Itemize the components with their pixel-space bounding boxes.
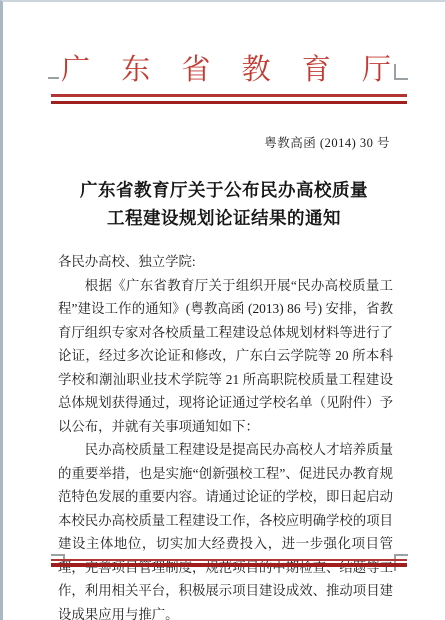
letterhead-agency-name: 广东省教育厅 [61,52,391,88]
document-number: 粤教高函 (2014) 30 号 [264,135,390,151]
body-paragraph-2: 民办高校质量工程建设是提高民办高校人才培养质量的重要举措，也是实施“创新强校工程… [58,438,393,620]
text-boundary-mark-header-right [394,64,408,80]
header-rule-top [51,94,407,97]
document-page: 广东省教育厅 粤教高函 (2014) 30 号 广东省教育厅关于公布民办高校质量… [0,0,445,620]
footer-rule-top [51,559,407,561]
document-title-line-1: 广东省教育厅关于公布民办高校质量 [3,176,445,204]
header-rule-bottom [51,101,407,105]
salutation: 各民办高校、独立学院: [58,250,393,274]
footer-rule-bottom [51,563,407,567]
text-boundary-mark-header-left [48,77,59,79]
document-title: 广东省教育厅关于公布民办高校质量 工程建设规划论证结果的通知 [3,176,445,232]
document-title-line-2: 工程建设规划论证结果的通知 [3,204,445,232]
body-paragraph-1: 根据《广东省教育厅关于组织开展“民办高校质量工程”建设工作的通知》(粤教高函 (… [58,274,393,439]
